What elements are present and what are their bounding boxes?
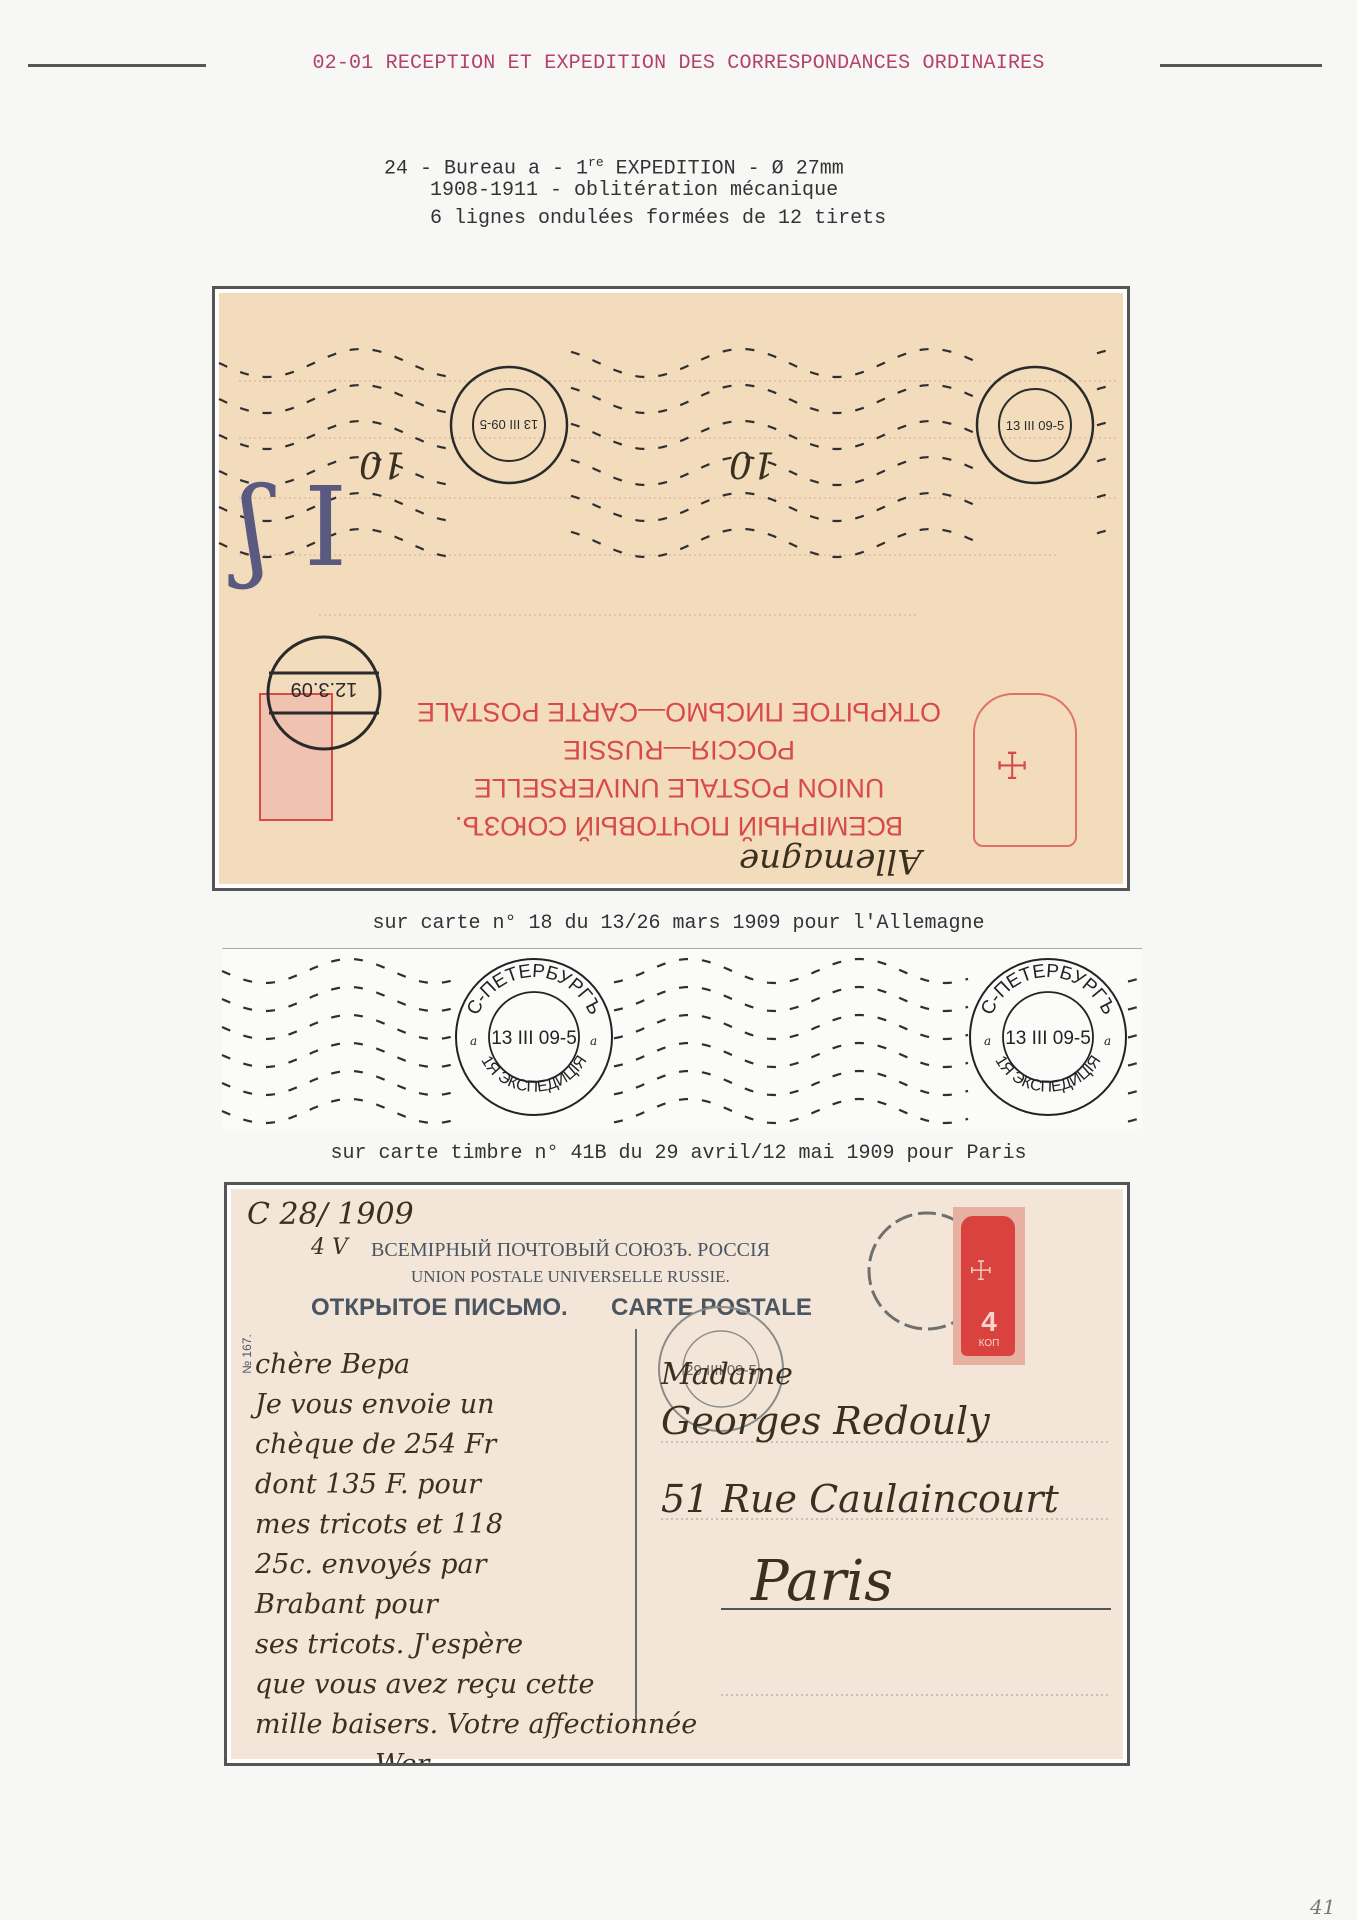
printed-line-2: UNION POSTALE UNIVERSELLE bbox=[399, 769, 959, 807]
message-line: chèque de 254 Fr bbox=[255, 1429, 496, 1460]
postcard-paris-surface: ВСЕМІРНЫЙ ПОЧТОВЫЙ СОЮЗЪ. РОССІЯ UNION P… bbox=[231, 1189, 1123, 1759]
subtitle-line-3: 6 lignes ondulées formées de 12 tirets bbox=[430, 204, 1070, 233]
postcard-germany-surface: 13 III 09-5 13 III 09-5 10 10 ʃ I Allema… bbox=[219, 293, 1123, 884]
svg-text:12.3.09: 12.3.09 bbox=[291, 678, 358, 700]
arrival-postmark: 12.3.09 bbox=[269, 633, 389, 753]
message-line: ses tricots. J'espère bbox=[255, 1629, 523, 1660]
svg-text:13 III 09-5: 13 III 09-5 bbox=[480, 417, 539, 432]
message-line: chère Вера bbox=[255, 1349, 410, 1380]
message-line: 25c. envoyés par bbox=[255, 1549, 486, 1580]
handwriting-destination: Allemagne bbox=[739, 841, 922, 881]
caption-card-1: sur carte n° 18 du 13/26 mars 1909 pour … bbox=[0, 912, 1357, 935]
message-line: Wer bbox=[375, 1749, 429, 1766]
postmark-st-petersburg-1: 13 III 09-5 bbox=[449, 365, 569, 485]
svg-text:a: a bbox=[984, 1034, 991, 1048]
printed-card-heading: ВСЕМІРНЫЙ ПОЧТОВЫЙ СОЮЗЪ. UNION POSTALE … bbox=[399, 693, 959, 845]
stamp-value: 4 bbox=[956, 1306, 1022, 1338]
message-line: Je vous envoie un bbox=[255, 1389, 495, 1420]
cancel-detail-strip: С-ПЕТЕРБУРГЪ 1Я ЭКСПЕДИЦІЯ 13 III 09-5 a… bbox=[222, 948, 1142, 1129]
subtitle-line-2: 1908-1911 - oblitération mécanique bbox=[430, 176, 1070, 205]
postage-stamp-4-kop: ☩ 4 КОП bbox=[953, 1207, 1025, 1365]
svg-text:13 III 09-5: 13 III 09-5 bbox=[491, 1028, 577, 1049]
printed-line-4: ОТКРЫТОЕ ПИСЬМО—CARTE POSTALE bbox=[399, 693, 959, 731]
message-date-2: 4 V bbox=[311, 1235, 348, 1260]
postcard-germany: 13 III 09-5 13 III 09-5 10 10 ʃ I Allema… bbox=[212, 286, 1130, 891]
message-line: dont 135 F. pour bbox=[255, 1469, 481, 1500]
handwriting-blue-mark: ʃ I bbox=[239, 463, 347, 591]
address-line-3: 51 Rue Caulaincourt bbox=[661, 1477, 1059, 1521]
stamp-eagle-icon: ☩ bbox=[970, 1248, 992, 1291]
svg-text:13 III 09-5: 13 III 09-5 bbox=[1006, 418, 1065, 433]
postmark-detail-1: С-ПЕТЕРБУРГЪ 1Я ЭКСПЕДИЦІЯ 13 III 09-5 a… bbox=[454, 951, 614, 1131]
postmark-detail-2: С-ПЕТЕРБУРГЪ 1Я ЭКСПЕДИЦІЯ 13 III 09-5 a… bbox=[968, 951, 1128, 1131]
stamp-unit: КОП bbox=[956, 1338, 1022, 1349]
address-line-4: Paris bbox=[751, 1549, 893, 1614]
message-date: C 28/ 1909 bbox=[247, 1197, 414, 1232]
postmark-st-petersburg-2: 13 III 09-5 bbox=[975, 365, 1095, 485]
page-title-text: 02-01 RECEPTION ET EXPEDITION DES CORRES… bbox=[302, 52, 1054, 75]
handwriting-10-a: 10 bbox=[359, 443, 405, 484]
svg-text:a: a bbox=[590, 1034, 597, 1048]
caption-card-2: sur carte timbre n° 41B du 29 avril/12 m… bbox=[0, 1142, 1357, 1165]
address-line-2: Georges Redouly bbox=[661, 1399, 990, 1443]
postcard-paris: ВСЕМІРНЫЙ ПОЧТОВЫЙ СОЮЗЪ. РОССІЯ UNION P… bbox=[224, 1182, 1130, 1766]
message-line: mes tricots et 118 bbox=[255, 1509, 503, 1540]
printed-line-1: ВСЕМІРНЫЙ ПОЧТОВЫЙ СОЮЗЪ. bbox=[399, 807, 959, 845]
handwriting-10-b: 10 bbox=[729, 443, 775, 484]
message-line: que vous avez reçu cette bbox=[255, 1669, 594, 1700]
svg-text:a: a bbox=[1104, 1034, 1111, 1048]
page-title: 02-01 RECEPTION ET EXPEDITION DES CORRES… bbox=[0, 52, 1357, 75]
message-line: Brabant pour bbox=[255, 1589, 438, 1620]
double-eagle-icon: ☩ bbox=[997, 733, 1027, 795]
svg-text:13 III 09-5: 13 III 09-5 bbox=[1005, 1028, 1091, 1049]
message-line: mille baisers. Votre affectionnée bbox=[255, 1709, 697, 1740]
address-line-1: Madame bbox=[661, 1357, 793, 1392]
svg-text:a: a bbox=[470, 1034, 477, 1048]
page-number: 41 bbox=[1310, 1895, 1335, 1919]
printed-line-3: РОССІЯ—RUSSIE bbox=[399, 731, 959, 769]
